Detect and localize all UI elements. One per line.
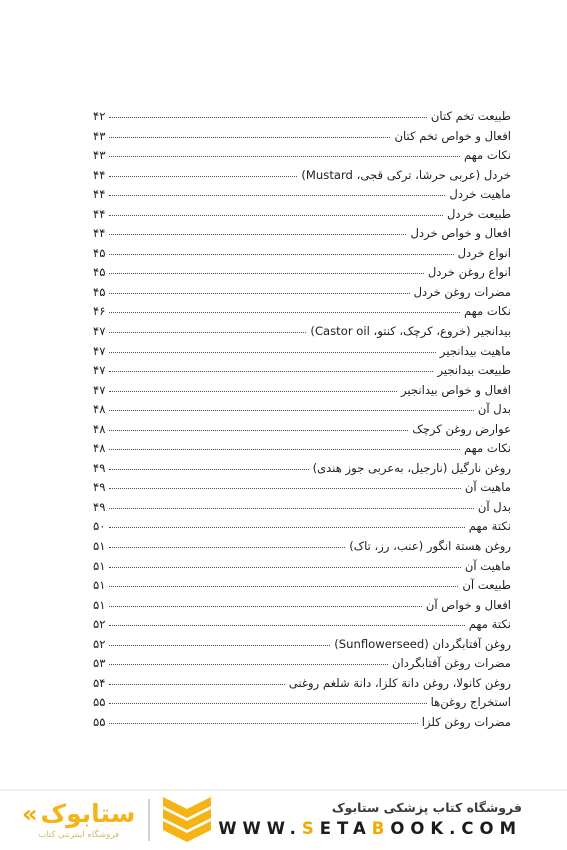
toc-leader-dots bbox=[109, 136, 390, 138]
toc-entry-title: طبیعت تخم کتان bbox=[431, 109, 511, 123]
toc-entry-title: ماهیت بیدانجیر bbox=[440, 344, 511, 358]
toc-leader-dots bbox=[109, 526, 464, 528]
guillemet-icon: « bbox=[22, 802, 38, 826]
toc-row: روغن هستة انگور (عنب، رز، تاک) ۵۱ bbox=[93, 539, 511, 559]
toc-leader-dots bbox=[109, 116, 426, 118]
toc-row: افعال و خواص آن ۵۱ bbox=[93, 598, 511, 618]
toc-entry-title: روغن آفتابگردان (Sunflowerseed) bbox=[334, 637, 511, 651]
toc-entry-title: نکات مهم bbox=[464, 148, 511, 162]
toc-leader-dots bbox=[109, 546, 345, 548]
toc-row: افعال و خواص خردل ۴۴ bbox=[93, 226, 511, 246]
toc-entry-title: عوارض روغن کرچک bbox=[412, 422, 511, 436]
toc-page-number: ۴۵ bbox=[93, 246, 105, 260]
toc-page-number: ۵۲ bbox=[93, 637, 105, 651]
toc-leader-dots bbox=[109, 214, 442, 216]
toc-row: روغن کانولا، روغن دانة کلزا، دانة شلغم ر… bbox=[93, 676, 511, 696]
setabook-logo: « ستابوک فروشگاه اینترنتی کتاب bbox=[22, 797, 213, 843]
toc-page-number: ۴۸ bbox=[93, 422, 105, 436]
toc-row: نکتة مهم ۵۰ bbox=[93, 519, 511, 539]
toc-page-number: ۵۱ bbox=[93, 559, 105, 573]
toc-row: طبیعت آن ۵۱ bbox=[93, 578, 511, 598]
book-page: طبیعت تخم کتان ۴۲ افعال و خواص تخم کتان … bbox=[0, 0, 567, 850]
toc-leader-dots bbox=[109, 468, 308, 470]
toc-leader-dots bbox=[109, 429, 408, 431]
toc-row: مضرات روغن کلزا ۵۵ bbox=[93, 715, 511, 735]
toc-leader-dots bbox=[109, 331, 306, 333]
toc-row: ماهیت خردل ۴۴ bbox=[93, 187, 511, 207]
toc-page-number: ۴۲ bbox=[93, 109, 105, 123]
toc-entry-title: روغن هستة انگور (عنب، رز، تاک) bbox=[349, 539, 511, 553]
toc-row: نکات مهم ۴۶ bbox=[93, 304, 511, 324]
toc-page-number: ۵۰ bbox=[93, 519, 105, 533]
footer-text-block: فروشگاه کتاب پزشکی ستابوک WWW.SETABOOK.C… bbox=[218, 800, 522, 838]
toc-entry-title: بدل آن bbox=[478, 402, 511, 416]
toc-entry-title: بیدانجیر (خروع، کرچک، کنتو، Castor oil) bbox=[310, 324, 511, 338]
toc-leader-dots bbox=[109, 409, 473, 411]
toc-row: طبیعت خردل ۴۴ bbox=[93, 207, 511, 227]
table-of-contents: طبیعت تخم کتان ۴۲ افعال و خواص تخم کتان … bbox=[93, 109, 511, 735]
toc-entry-title: طبیعت بیدانجیر bbox=[437, 363, 511, 377]
toc-row: ماهیت آن ۵۱ bbox=[93, 559, 511, 579]
toc-leader-dots bbox=[109, 722, 417, 724]
toc-leader-dots bbox=[109, 311, 459, 313]
toc-row: عوارض روغن کرچک ۴۸ bbox=[93, 422, 511, 442]
toc-leader-dots bbox=[109, 507, 473, 509]
toc-entry-title: نکتة مهم bbox=[469, 617, 511, 631]
toc-page-number: ۴۷ bbox=[93, 363, 105, 377]
toc-row: ماهیت آن ۴۹ bbox=[93, 480, 511, 500]
chevron-stack-icon bbox=[161, 797, 213, 843]
toc-entry-title: طبیعت آن bbox=[462, 578, 511, 592]
toc-page-number: ۵۱ bbox=[93, 539, 105, 553]
toc-leader-dots bbox=[109, 487, 460, 489]
toc-entry-title: بدل آن bbox=[478, 500, 511, 514]
toc-row: نکات مهم ۴۳ bbox=[93, 148, 511, 168]
toc-entry-title: افعال و خواص بیدانجیر bbox=[401, 383, 511, 397]
toc-page-number: ۴۸ bbox=[93, 441, 105, 455]
toc-page-number: ۵۳ bbox=[93, 656, 105, 670]
toc-page-number: ۴۴ bbox=[93, 187, 105, 201]
toc-leader-dots bbox=[109, 683, 284, 685]
toc-row: انواع روغن خردل ۴۵ bbox=[93, 265, 511, 285]
toc-leader-dots bbox=[109, 566, 460, 568]
toc-page-number: ۵۵ bbox=[93, 695, 105, 709]
toc-page-number: ۴۵ bbox=[93, 265, 105, 279]
toc-row: روغن آفتابگردان (Sunflowerseed) ۵۲ bbox=[93, 637, 511, 657]
toc-leader-dots bbox=[109, 605, 421, 607]
toc-page-number: ۵۱ bbox=[93, 578, 105, 592]
toc-leader-dots bbox=[109, 194, 445, 196]
toc-entry-title: مضرات روغن خردل bbox=[414, 285, 511, 299]
toc-entry-title: انواع روغن خردل bbox=[428, 265, 511, 279]
toc-row: استخراج روغن‌ها ۵۵ bbox=[93, 695, 511, 715]
store-name: فروشگاه کتاب پزشکی ستابوک bbox=[218, 800, 522, 815]
toc-leader-dots bbox=[109, 253, 453, 255]
toc-entry-title: افعال و خواص تخم کتان bbox=[394, 129, 511, 143]
toc-page-number: ۴۶ bbox=[93, 304, 105, 318]
toc-row: افعال و خواص تخم کتان ۴۳ bbox=[93, 129, 511, 149]
logo-wordmark-block: « ستابوک فروشگاه اینترنتی کتاب bbox=[22, 800, 135, 840]
logo-subtitle: فروشگاه اینترنتی کتاب bbox=[38, 830, 119, 840]
toc-entry-title: ماهیت آن bbox=[465, 480, 511, 494]
toc-entry-title: روغن نارگیل (نارجیل، به‌عربی جوز هندی) bbox=[313, 461, 511, 475]
toc-entry-title: خردل (عربی حرشا، ترکی قجی، Mustard) bbox=[301, 168, 511, 182]
footer: « ستابوک فروشگاه اینترنتی کتاب فروشگاه ک… bbox=[0, 789, 567, 850]
toc-entry-title: نکات مهم bbox=[464, 304, 511, 318]
toc-row: بیدانجیر (خروع، کرچک، کنتو، Castor oil) … bbox=[93, 324, 511, 344]
toc-leader-dots bbox=[109, 448, 459, 450]
toc-entry-title: نکات مهم bbox=[464, 441, 511, 455]
toc-leader-dots bbox=[109, 292, 409, 294]
toc-entry-title: ماهیت آن bbox=[465, 559, 511, 573]
toc-entry-title: افعال و خواص آن bbox=[426, 598, 511, 612]
toc-row: خردل (عربی حرشا، ترکی قجی، Mustard) ۴۴ bbox=[93, 168, 511, 188]
toc-row: مضرات روغن خردل ۴۵ bbox=[93, 285, 511, 305]
toc-page-number: ۴۷ bbox=[93, 383, 105, 397]
toc-page-number: ۵۲ bbox=[93, 617, 105, 631]
toc-page-number: ۴۷ bbox=[93, 324, 105, 338]
toc-row: روغن نارگیل (نارجیل، به‌عربی جوز هندی) ۴… bbox=[93, 461, 511, 481]
toc-row: طبیعت بیدانجیر ۴۷ bbox=[93, 363, 511, 383]
toc-page-number: ۴۹ bbox=[93, 461, 105, 475]
toc-row: نکات مهم ۴۸ bbox=[93, 441, 511, 461]
toc-row: افعال و خواص بیدانجیر ۴۷ bbox=[93, 383, 511, 403]
toc-row: طبیعت تخم کتان ۴۲ bbox=[93, 109, 511, 129]
toc-page-number: ۴۹ bbox=[93, 500, 105, 514]
toc-page-number: ۴۷ bbox=[93, 344, 105, 358]
toc-page-number: ۵۴ bbox=[93, 676, 105, 690]
toc-entry-title: استخراج روغن‌ها bbox=[431, 695, 511, 709]
toc-entry-title: نکتة مهم bbox=[469, 519, 511, 533]
toc-page-number: ۴۹ bbox=[93, 480, 105, 494]
toc-entry-title: مضرات روغن کلزا bbox=[422, 715, 511, 729]
toc-entry-title: ماهیت خردل bbox=[449, 187, 511, 201]
toc-leader-dots bbox=[109, 233, 406, 235]
toc-page-number: ۴۴ bbox=[93, 207, 105, 221]
toc-entry-title: افعال و خواص خردل bbox=[410, 226, 511, 240]
toc-leader-dots bbox=[109, 624, 464, 626]
website-url: WWW.SETABOOK.COM bbox=[218, 819, 522, 838]
toc-entry-title: روغن کانولا، روغن دانة کلزا، دانة شلغم ر… bbox=[289, 676, 511, 690]
toc-leader-dots bbox=[109, 702, 426, 704]
toc-page-number: ۵۱ bbox=[93, 598, 105, 612]
toc-entry-title: مضرات روغن آفتابگردان bbox=[392, 656, 511, 670]
toc-entry-title: طبیعت خردل bbox=[447, 207, 511, 221]
toc-page-number: ۴۴ bbox=[93, 226, 105, 240]
toc-page-number: ۴۵ bbox=[93, 285, 105, 299]
toc-leader-dots bbox=[109, 272, 423, 274]
toc-leader-dots bbox=[109, 663, 388, 665]
toc-page-number: ۴۴ bbox=[93, 168, 105, 182]
toc-leader-dots bbox=[109, 351, 435, 353]
toc-page-number: ۴۳ bbox=[93, 148, 105, 162]
toc-leader-dots bbox=[109, 175, 297, 177]
toc-row: بدل آن ۴۹ bbox=[93, 500, 511, 520]
toc-leader-dots bbox=[109, 370, 433, 372]
toc-row: انواع خردل ۴۵ bbox=[93, 246, 511, 266]
toc-page-number: ۴۳ bbox=[93, 129, 105, 143]
toc-leader-dots bbox=[109, 644, 330, 646]
toc-row: مضرات روغن آفتابگردان ۵۳ bbox=[93, 656, 511, 676]
logo-wordmark: ستابوک bbox=[41, 800, 136, 828]
toc-page-number: ۴۸ bbox=[93, 402, 105, 416]
logo-divider bbox=[148, 799, 150, 841]
toc-row: ماهیت بیدانجیر ۴۷ bbox=[93, 344, 511, 364]
toc-row: نکتة مهم ۵۲ bbox=[93, 617, 511, 637]
toc-page-number: ۵۵ bbox=[93, 715, 105, 729]
toc-leader-dots bbox=[109, 390, 397, 392]
toc-entry-title: انواع خردل bbox=[458, 246, 511, 260]
toc-leader-dots bbox=[109, 155, 459, 157]
toc-row: بدل آن ۴۸ bbox=[93, 402, 511, 422]
toc-leader-dots bbox=[109, 585, 458, 587]
